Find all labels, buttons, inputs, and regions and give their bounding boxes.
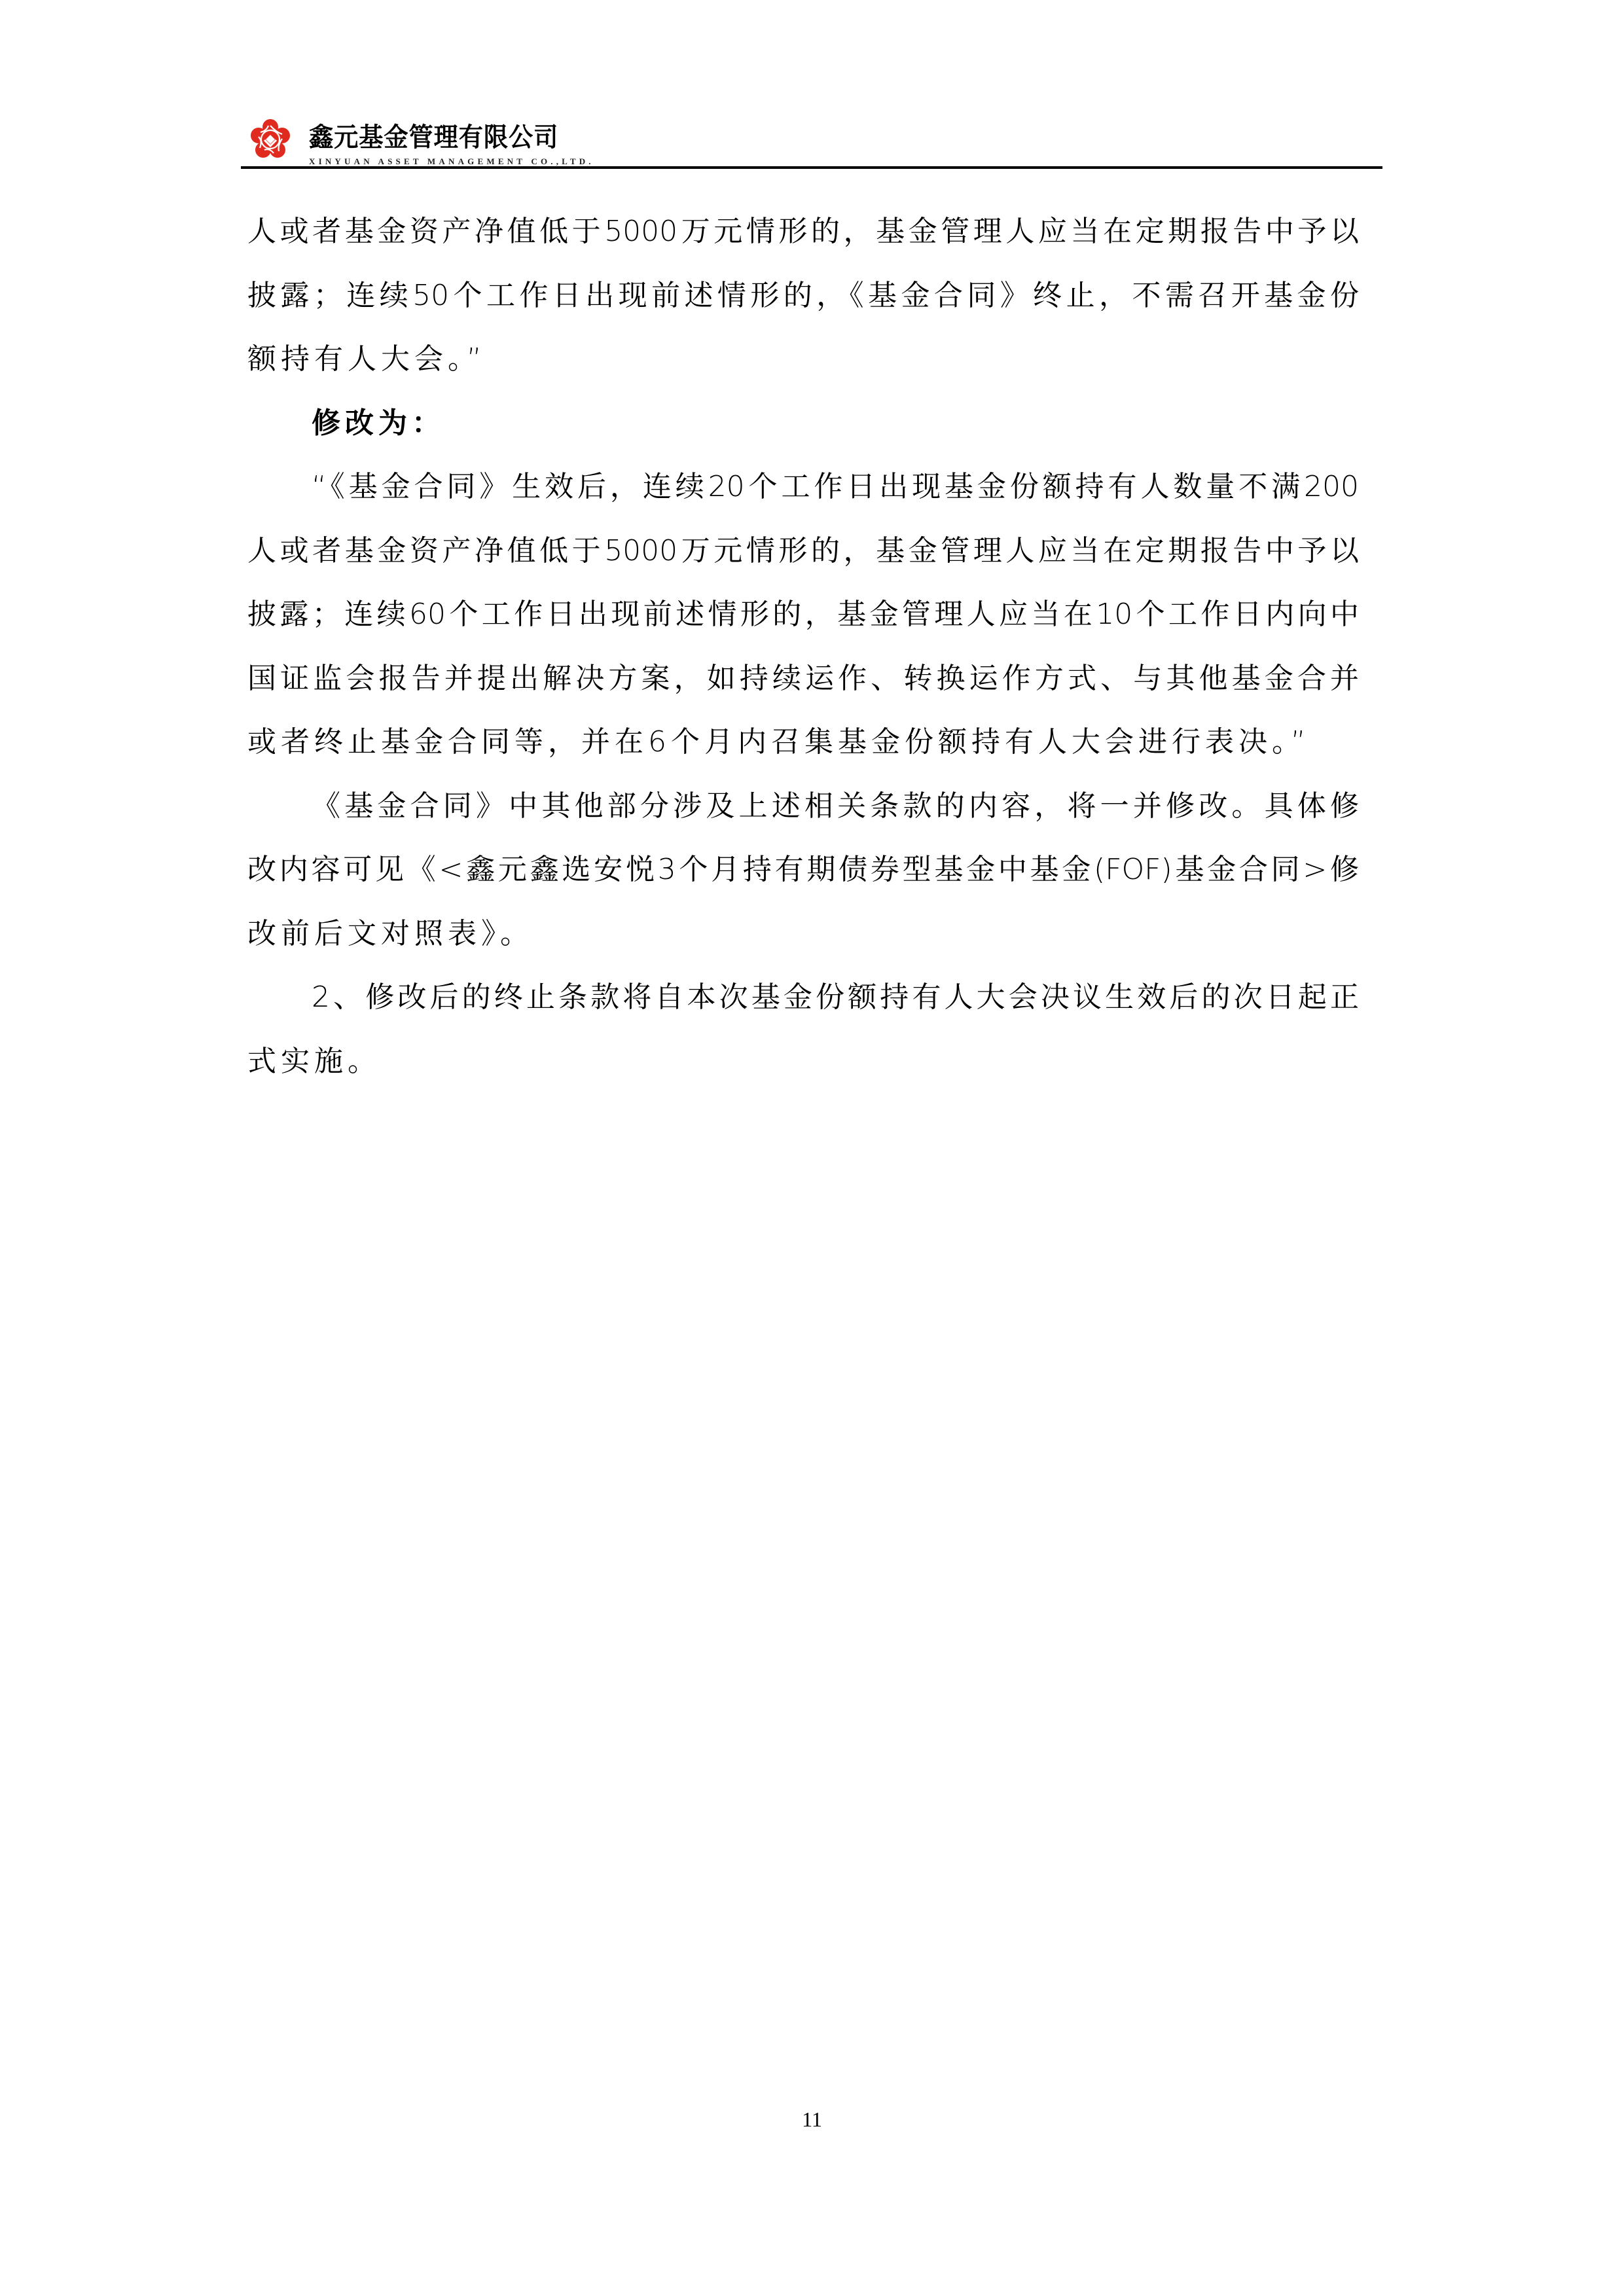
body-line: 《基金合同》中其他部分涉及上述相关条款的内容，将一并修改。具体修 [247, 787, 1359, 852]
body-line: 改前后文对照表》。 [247, 915, 1359, 979]
section-heading-amended-to: 修改为： [247, 404, 1359, 469]
body-line: 国证监会报告并提出解决方案，如持续运作、转换运作方式、与其他基金合并 [247, 660, 1359, 724]
header-divider [241, 166, 1382, 169]
company-name-english: XINYUAN ASSET MANAGEMENT CO.,LTD. [309, 157, 594, 166]
company-logo-icon [250, 119, 291, 160]
page-header: 鑫元基金管理有限公司 XINYUAN ASSET MANAGEMENT CO.,… [241, 110, 1382, 169]
document-body: 人或者基金资产净值低于5000万元情形的，基金管理人应当在定期报告中予以 披露；… [247, 213, 1359, 1106]
body-line: 披露；连续60个工作日出现前述情形的，基金管理人应当在10个工作日内向中 [247, 596, 1359, 660]
body-line: 披露；连续50个工作日出现前述情形的，《基金合同》终止，不需召开基金份 [247, 277, 1359, 341]
page-number: 11 [0, 2108, 1624, 2132]
body-line: 人或者基金资产净值低于5000万元情形的，基金管理人应当在定期报告中予以 [247, 213, 1359, 277]
company-name-chinese: 鑫元基金管理有限公司 [309, 122, 558, 153]
body-line: 或者终止基金合同等，并在6个月内召集基金份额持有人大会进行表决。” [247, 723, 1359, 787]
body-line: 式实施。 [247, 1043, 1359, 1107]
body-line: “《基金合同》生效后，连续20个工作日出现基金份额持有人数量不满200 [247, 468, 1359, 532]
body-line: 2、修改后的终止条款将自本次基金份额持有人大会决议生效后的次日起正 [247, 978, 1359, 1043]
body-line: 改内容可见《<鑫元鑫选安悦3个月持有期债券型基金中基金(FOF)基金合同>修 [247, 851, 1359, 915]
body-line: 人或者基金资产净值低于5000万元情形的，基金管理人应当在定期报告中予以 [247, 532, 1359, 596]
body-line: 额持有人大会。” [247, 340, 1359, 404]
